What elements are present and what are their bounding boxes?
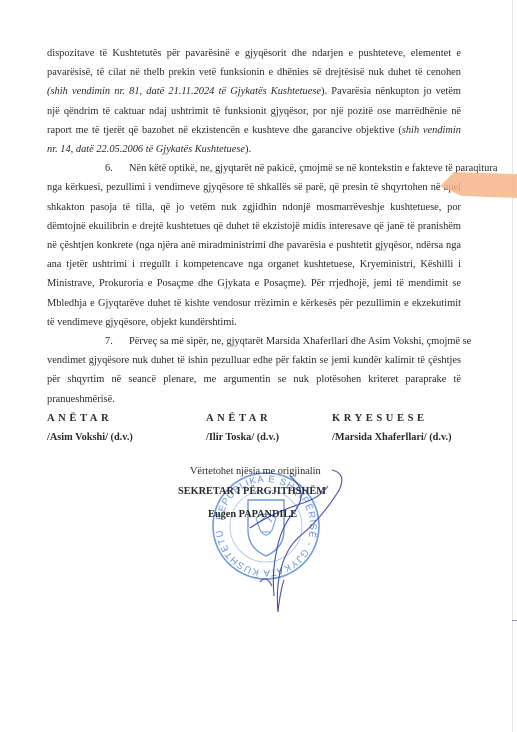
paragraph-number: 6. — [105, 159, 129, 178]
body-text: dispozitave të Kushtetutës për pavarësin… — [47, 44, 461, 409]
citation: shih vendimin — [402, 125, 461, 136]
signature-role: KRYESUESE — [332, 413, 452, 424]
page-edge — [512, 0, 513, 732]
text-line: shkakton pasoja të tilla, që jo vetëm nu… — [47, 198, 461, 217]
handwritten-signature-icon — [220, 462, 360, 622]
paragraph-continuation: dispozitave të Kushtetutës për pavarësin… — [47, 44, 461, 159]
text-line: nr. 14, datë 22.05.2006 të Gjykatës Kush… — [47, 140, 461, 159]
paragraph-number: 7. — [105, 332, 129, 351]
text-line: raport me të tjerët që bazohet në ekzist… — [47, 121, 461, 140]
signature-role: ANËTAR — [206, 413, 279, 424]
signature-name: /Marsida Xhaferllari/ (d.v.) — [332, 432, 452, 443]
text-line: një qëndrim të caktuar ndaj ushtrimit të… — [47, 102, 461, 121]
signature-member-1: ANËTAR /Asim Vokshi/ (d.v.) — [47, 413, 133, 443]
page-edge-mark — [512, 620, 517, 621]
signature-role: ANËTAR — [47, 413, 133, 424]
text-line: vendimet gjyqësore nuk duhet të ishin pe… — [47, 351, 461, 370]
citation: (shih vendimin nr. 81, datë 21.11.2024 t… — [47, 86, 321, 97]
signature-name: /Asim Vokshi/ (d.v.) — [47, 432, 133, 443]
text-line: ana tjetër ushtrimi i rregullt i kompete… — [47, 255, 461, 274]
text-line: dispozitave të Kushtetutës për pavarësin… — [47, 44, 461, 63]
text-line: në çështjen konkrete (nga njëra anë mira… — [47, 236, 461, 255]
text-line: nga kërkuesi, pezullimi i vendimeve gjyq… — [47, 178, 461, 197]
signature-chair: KRYESUESE /Marsida Xhaferllari/ (d.v.) — [332, 413, 452, 443]
signature-name: /Ilir Toska/ (d.v.) — [206, 432, 279, 443]
text-line: të vendimeve gjyqësore, objekt kundërsht… — [47, 313, 461, 332]
document-page: dispozitave të Kushtetutës për pavarësin… — [0, 0, 517, 732]
text-line: për shqyrtim në seancë plenare, me argum… — [47, 370, 461, 389]
text-line: Mbledhja e Gjyqtarëve duhet të kishte ve… — [47, 294, 461, 313]
text-line: pavarësisë, të cilat në thelb prekin vet… — [47, 63, 461, 82]
paragraph-6: 6.Nën këtë optikë, ne, gjyqtarët në paki… — [47, 159, 461, 332]
text-line: (shih vendimin nr. 81, datë 21.11.2024 t… — [47, 82, 461, 101]
citation: nr. 14, datë 22.05.2006 të Gjykatës Kush… — [47, 144, 245, 155]
text-line: dëmtojnë ekuilibrin e drejtë kushtetues … — [47, 217, 461, 236]
text-line: pranueshmërisë. — [47, 390, 461, 409]
signature-member-2: ANËTAR /Ilir Toska/ (d.v.) — [206, 413, 279, 443]
text-line: 6.Nën këtë optikë, ne, gjyqtarët në paki… — [47, 159, 461, 178]
paragraph-7: 7.Përveç sa më sipër, ne, gjyqtarët Mars… — [47, 332, 461, 409]
text-line: Ministrave, Prokuroria e Posaçme dhe Gjy… — [47, 274, 461, 293]
text-line: 7.Përveç sa më sipër, ne, gjyqtarët Mars… — [47, 332, 461, 351]
